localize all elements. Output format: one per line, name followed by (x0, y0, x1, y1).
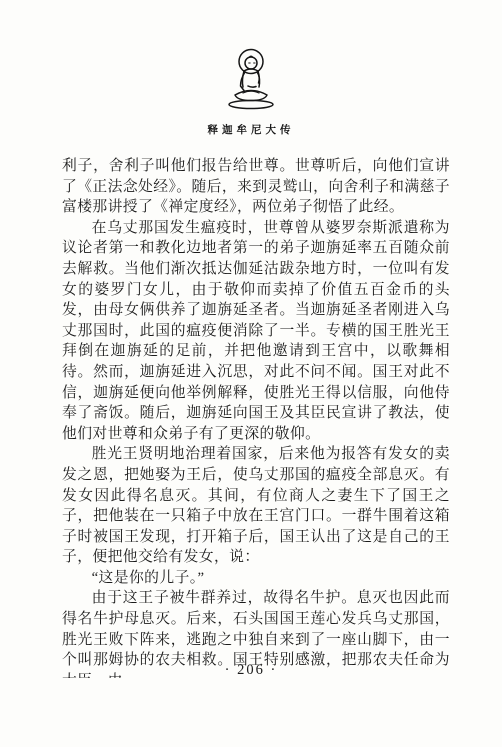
body-paragraph: 胜光王贤明地治理着国家，后来他为报答有发女的卖发之恩，把她娶为王后，使乌丈那国的… (62, 444, 450, 568)
body-text-block: 利子，舍利子叫他们报告给世尊。世尊听后，向他们宣讲了《正法念处经》。随后，来到灵… (62, 156, 450, 678)
body-paragraph: 利子，舍利子叫他们报告给世尊。世尊听后，向他们宣讲了《正法念处经》。随后，来到灵… (62, 156, 450, 218)
seated-buddha-icon (213, 46, 289, 112)
book-page: 释迦牟尼大传 利子，舍利子叫他们报告给世尊。世尊听后，向他们宣讲了《正法念处经》… (0, 0, 502, 747)
page-number: · 206 · (0, 662, 502, 679)
book-title-caption: 释迦牟尼大传 (0, 122, 502, 137)
buddha-illustration (0, 0, 502, 117)
body-paragraph: 在乌丈那国发生瘟疫时，世尊曾从婆罗奈斯派遣称为议论者第一和教化边地者第一的弟子迦… (62, 218, 450, 445)
quote-paragraph: “这是你的儿子。” (62, 568, 450, 589)
